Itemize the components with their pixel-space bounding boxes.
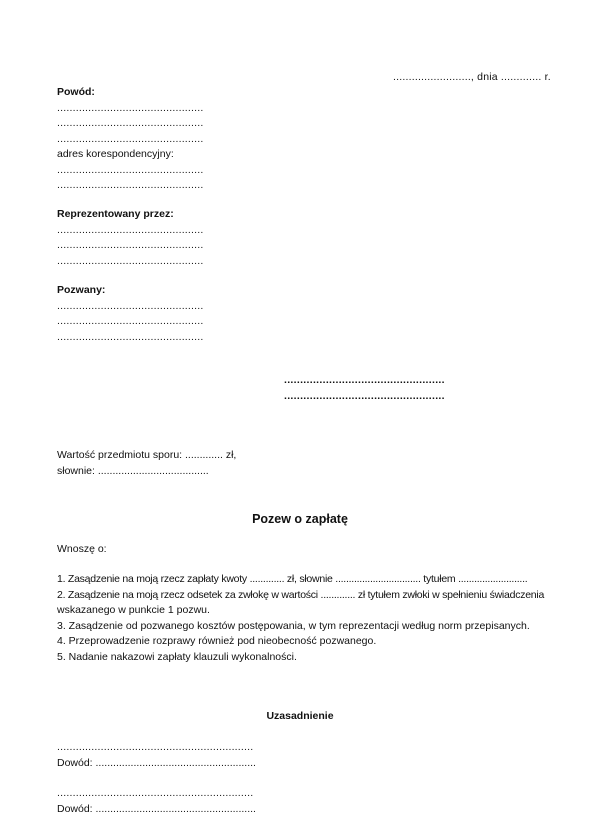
plaintiff-heading: Powód: <box>57 85 204 101</box>
court-line: ........................................… <box>284 389 445 405</box>
defendant-heading: Pozwany: <box>57 283 204 299</box>
justification-fact-line: ........................................… <box>57 740 256 756</box>
place-date-line: ........................., dnia ........… <box>393 71 551 83</box>
correspondence-line: ........................................… <box>57 163 204 179</box>
defendant-line: ........................................… <box>57 299 204 315</box>
evidence-line: Dowód: .................................… <box>57 756 256 772</box>
evidence-line: Dowód: .................................… <box>57 802 256 818</box>
plaintiff-line: ........................................… <box>57 132 204 148</box>
defendant-line: ........................................… <box>57 314 204 330</box>
plaintiff-line: ........................................… <box>57 116 204 132</box>
justification-entry: ........................................… <box>57 786 256 817</box>
justification-fact-line: ........................................… <box>57 786 256 802</box>
court-line: ........................................… <box>284 373 445 389</box>
request-item: 1. Zasądzenie na moją rzecz zapłaty kwot… <box>57 572 544 588</box>
justification-heading: Uzasadnienie <box>0 710 600 722</box>
request-item: 3. Zasądzenie od pozwanego kosztów postę… <box>57 619 544 635</box>
request-item: 5. Nadanie nakazowi zapłaty klauzuli wyk… <box>57 650 544 666</box>
requests-list: 1. Zasądzenie na moją rzecz zapłaty kwot… <box>57 572 544 665</box>
correspondence-address-label: adres korespondencyjny: <box>57 147 204 163</box>
representative-section: Reprezentowany przez: ..................… <box>57 207 204 269</box>
dispute-value-line: Wartość przedmiotu sporu: ............. … <box>57 448 236 464</box>
dispute-value-section: Wartość przedmiotu sporu: ............. … <box>57 448 236 479</box>
court-address: ........................................… <box>284 373 445 404</box>
defendant-section: Pozwany: ...............................… <box>57 283 204 345</box>
request-item: 2. Zasądzenie na moją rzecz odsetek za z… <box>57 588 544 604</box>
document-title: Pozew o zapłatę <box>0 512 600 526</box>
plaintiff-section: Powód: .................................… <box>57 85 204 194</box>
request-item-continuation: wskazanego w punkcie 1 pozwu. <box>57 603 544 619</box>
justification-entry: ........................................… <box>57 740 256 771</box>
representative-line: ........................................… <box>57 238 204 254</box>
defendant-line: ........................................… <box>57 330 204 346</box>
request-intro: Wnoszę o: <box>57 543 107 555</box>
representative-heading: Reprezentowany przez: <box>57 207 204 223</box>
dispute-value-words: słownie: ...............................… <box>57 464 236 480</box>
request-item: 4. Przeprowadzenie rozprawy również pod … <box>57 634 544 650</box>
representative-line: ........................................… <box>57 223 204 239</box>
representative-line: ........................................… <box>57 254 204 270</box>
correspondence-line: ........................................… <box>57 178 204 194</box>
plaintiff-line: ........................................… <box>57 101 204 117</box>
